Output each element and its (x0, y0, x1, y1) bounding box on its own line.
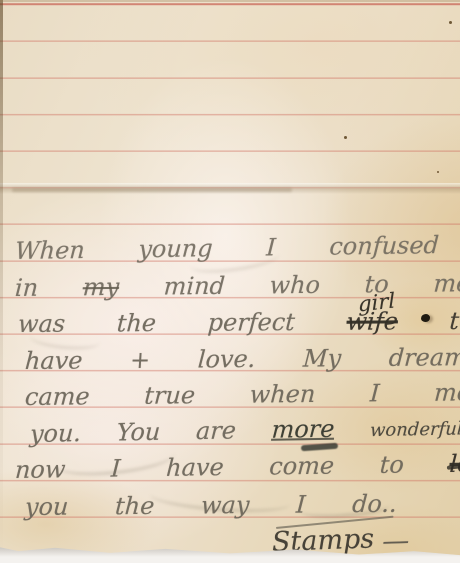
line5-text: came true when I met (24, 378, 460, 411)
paper-speck (449, 21, 452, 24)
ink-blot (421, 314, 430, 322)
handwriting-line-3: was the perfect wifegirl to (17, 307, 460, 339)
handwriting-line-7: now I have come to love (14, 449, 460, 485)
handwriting-line-8: you the way I do.. (24, 490, 398, 522)
letter-photo: When young I confused up in my mind who … (0, 0, 460, 563)
line1-text: When young I confused up (14, 230, 460, 265)
line3-pre: was the perfect (17, 308, 296, 338)
line2-pre: in (14, 274, 39, 302)
line7-pre: now I have come to (14, 451, 404, 484)
line3-correction: wifegirl (346, 307, 399, 336)
paper-speck (437, 171, 439, 173)
line6-underlined-word: more (271, 415, 335, 444)
paper-speck (344, 136, 347, 139)
top-ruled-line (0, 3, 460, 5)
line6-pre: you. You are (29, 416, 236, 448)
paper-left-edge (0, 0, 3, 563)
fold-crease-smudge (12, 188, 292, 192)
line6-post: wonderful (369, 418, 460, 441)
line3-inserted-word: girl (357, 289, 395, 318)
line2-post: mind who to me (163, 269, 460, 300)
paper-top-edge (0, 0, 460, 2)
handwriting-line-1: When young I confused up (14, 230, 460, 266)
line8-text: you the way I do.. (24, 490, 398, 521)
handwriting-line-5: came true when I met (24, 378, 460, 412)
line4-text: have + love. My dream (24, 343, 460, 375)
line2-smudged-word: my (82, 273, 120, 301)
letter-paper: When young I confused up in my mind who … (0, 0, 460, 563)
handwriting-line-4: have + love. My dream (24, 343, 460, 376)
line7-struck-word: love (449, 449, 460, 478)
line3-post: to (449, 307, 460, 335)
